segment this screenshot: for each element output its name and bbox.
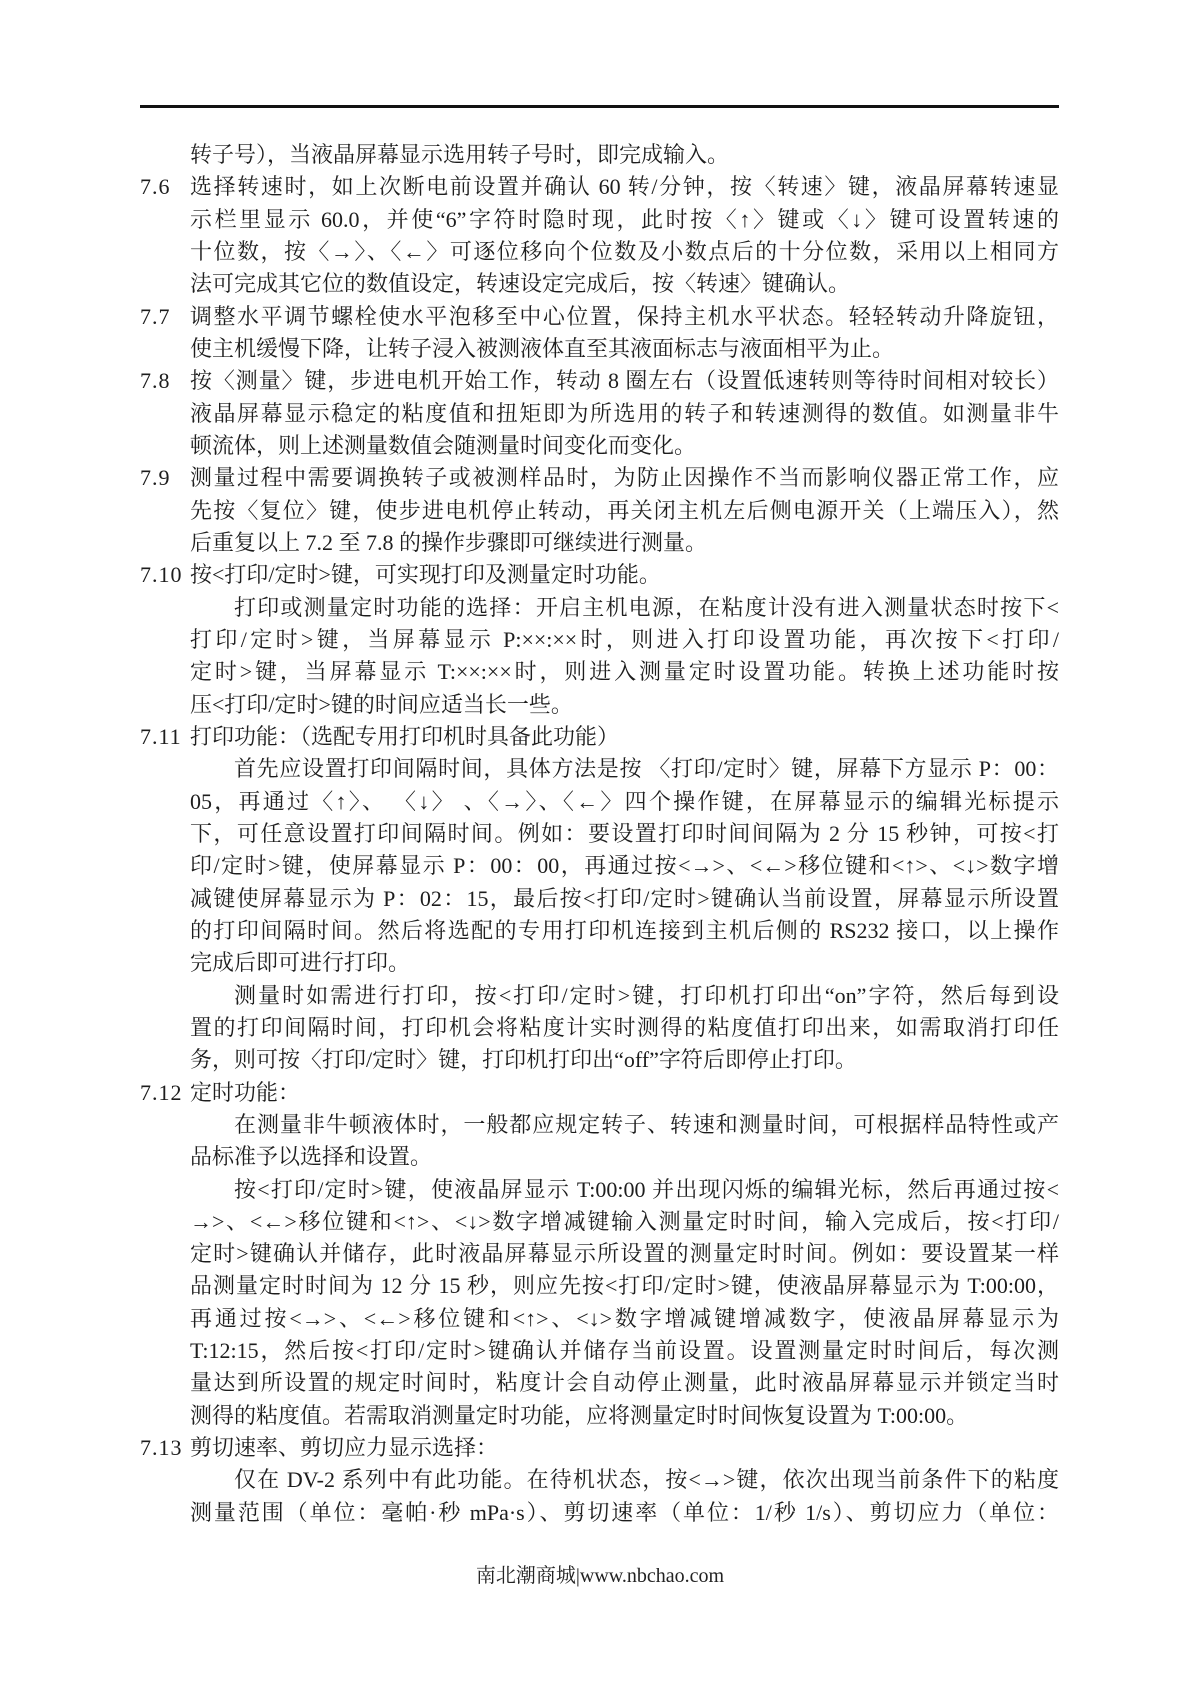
text-line: 打印/定时>键，当屏幕显示 P:××:××时，则进入打印设置功能，再次按下<打印… [140,624,1059,656]
line-text: 转子号），当液晶屏幕显示选用转子号时，即完成输入。 [190,139,1059,171]
section-number [140,1464,190,1496]
line-text: 打印功能：（选配专用打印机时具备此功能） [190,721,1059,753]
text-line: 测得的粘度值。若需取消测量定时功能，应将测量定时时间恢复设置为 T:00:00。 [140,1400,1059,1432]
section-number: 7.12 [140,1077,190,1109]
section-number [140,883,190,915]
text-line: 减键使屏幕显示为 P：02：15，最后按<打印/定时>键确认当前设置，屏幕显示所… [140,883,1059,915]
text-line: 7.10 按<打印/定时>键，可实现打印及测量定时功能。 [140,559,1059,591]
section-number [140,430,190,462]
text-line: 在测量非牛顿液体时，一般都应规定转子、转速和测量时间，可根据样品特性或产 [140,1109,1059,1141]
line-text: 完成后即可进行打印。 [190,947,1059,979]
text-line: 定时>键确认并储存，此时液晶屏幕显示所设置的测量定时时间。例如：要设置某一样 [140,1238,1059,1270]
section-number [140,980,190,1012]
section-number [140,1270,190,1302]
text-line: 7.8 按〈测量〉键，步进电机开始工作，转动 8 圈左右（设置低速转则等待时间相… [140,365,1059,397]
line-text: 十位数，按〈→〉、〈←〉可逐位移向个位数及小数点后的十分位数，采用以上相同方 [190,236,1059,268]
text-line: 首先应设置打印间隔时间，具体方法是按 〈打印/定时〉键，屏幕下方显示 P：00： [140,753,1059,785]
section-number [140,333,190,365]
line-text: 印/定时>键，使屏幕显示 P：00：00，再通过按<→>、<←>移位键和<↑>、… [190,850,1059,882]
text-line: 7.13 剪切速率、剪切应力显示选择： [140,1432,1059,1464]
text-line: 7.6 选择转速时，如上次断电前设置并确认 60 转/分钟，按〈转速〉键，液晶屏… [140,171,1059,203]
section-number [140,656,190,688]
section-number: 7.8 [140,365,190,397]
section-number [140,689,190,721]
text-line: 下，可任意设置打印间隔时间。例如：要设置打印时间间隔为 2 分 15 秒钟，可按… [140,818,1059,850]
section-number [140,850,190,882]
section-number [140,786,190,818]
line-text: 打印/定时>键，当屏幕显示 P:××:××时，则进入打印设置功能，再次按下<打印… [190,624,1059,656]
line-text: 测得的粘度值。若需取消测量定时功能，应将测量定时时间恢复设置为 T:00:00。 [190,1400,1059,1432]
text-line: 按<打印/定时>键，使液晶屏显示 T:00:00 并出现闪烁的编辑光标，然后再通… [140,1174,1059,1206]
section-number [140,1400,190,1432]
line-text: 品标准予以选择和设置。 [190,1141,1059,1173]
section-number: 7.13 [140,1432,190,1464]
text-line: 打印或测量定时功能的选择：开启主机电源，在粘度计没有进入测量状态时按下< [140,592,1059,624]
line-text: 仅在 DV-2 系列中有此功能。在待机状态，按<→>键，依次出现当前条件下的粘度 [190,1464,1059,1496]
section-number [140,268,190,300]
text-line: 测量范围（单位：毫帕·秒 mPa·s）、剪切速率（单位：1/秒 1/s）、剪切应… [140,1497,1059,1529]
text-line: 液晶屏幕显示稳定的粘度值和扭矩即为所选用的转子和转速测得的数值。如测量非牛 [140,398,1059,430]
text-line: →>、<←>移位键和<↑>、<↓>数字增减键输入测量定时时间，输入完成后，按<打… [140,1206,1059,1238]
section-number [140,1012,190,1044]
text-line: 的打印间隔时间。然后将选配的专用打印机连接到主机后侧的 RS232 接口，以上操… [140,915,1059,947]
footer-watermark: 南北潮商城|www.nbchao.com [0,1562,1200,1590]
manual-page: 转子号），当液晶屏幕显示选用转子号时，即完成输入。 7.6 选择转速时，如上次断… [0,0,1200,1697]
line-text: 置的打印间隔时间，打印机会将粘度计实时测得的粘度值打印出来，如需取消打印任 [190,1012,1059,1044]
header-divider [140,105,1059,108]
line-text: 按<打印/定时>键，可实现打印及测量定时功能。 [190,559,1059,591]
text-line: 完成后即可进行打印。 [140,947,1059,979]
line-text: 的打印间隔时间。然后将选配的专用打印机连接到主机后侧的 RS232 接口，以上操… [190,915,1059,947]
section-number [140,1044,190,1076]
line-text: 示栏里显示 60.0，并使“6”字符时隐时现，此时按〈↑〉键或〈↓〉键可设置转速… [190,204,1059,236]
text-line: 测量时如需进行打印，按<打印/定时>键，打印机打印出“on”字符，然后每到设 [140,980,1059,1012]
section-number [140,1367,190,1399]
section-number [140,753,190,785]
text-line: 使主机缓慢下降，让转子浸入被测液体直至其液面标志与液面相平为止。 [140,333,1059,365]
text-line: 7.7 调整水平调节螺栓使水平泡移至中心位置，保持主机水平状态。轻轻转动升降旋钮… [140,301,1059,333]
line-text: 后重复以上 7.2 至 7.8 的操作步骤即可继续进行测量。 [190,527,1059,559]
section-number [140,204,190,236]
text-line: 再通过按<→>、<←>移位键和<↑>、<↓>数字增减键增减数字，使液晶屏幕显示为 [140,1303,1059,1335]
section-number [140,592,190,624]
text-line: 后重复以上 7.2 至 7.8 的操作步骤即可继续进行测量。 [140,527,1059,559]
section-number [140,1335,190,1367]
line-text: 05，再通过〈↑〉、 〈↓〉 、〈→〉、〈←〉四个操作键，在屏幕显示的编辑光标提… [190,786,1059,818]
text-line: 压<打印/定时>键的时间应适当长一些。 [140,689,1059,721]
text-line: 务，则可按〈打印/定时〉键，打印机打印出“off”字符后即停止打印。 [140,1044,1059,1076]
line-text: 在测量非牛顿液体时，一般都应规定转子、转速和测量时间，可根据样品特性或产 [190,1109,1059,1141]
text-line: 7.12 定时功能： [140,1077,1059,1109]
line-text: 再通过按<→>、<←>移位键和<↑>、<↓>数字增减键增减数字，使液晶屏幕显示为 [190,1303,1059,1335]
line-text: 按<打印/定时>键，使液晶屏显示 T:00:00 并出现闪烁的编辑光标，然后再通… [190,1174,1059,1206]
section-number: 7.11 [140,721,190,753]
text-line: 印/定时>键，使屏幕显示 P：00：00，再通过按<→>、<←>移位键和<↑>、… [140,850,1059,882]
section-number: 7.7 [140,301,190,333]
line-text: 测量过程中需要调换转子或被测样品时，为防止因操作不当而影响仪器正常工作，应 [190,462,1059,494]
line-text: 下，可任意设置打印间隔时间。例如：要设置打印时间间隔为 2 分 15 秒钟，可按… [190,818,1059,850]
line-text: 量达到所设置的规定时间时，粘度计会自动停止测量，此时液晶屏幕显示并锁定当时 [190,1367,1059,1399]
section-number [140,1174,190,1206]
text-line: 转子号），当液晶屏幕显示选用转子号时，即完成输入。 [140,139,1059,171]
line-text: 测量范围（单位：毫帕·秒 mPa·s）、剪切速率（单位：1/秒 1/s）、剪切应… [190,1497,1059,1529]
line-text: 定时功能： [190,1077,1059,1109]
section-number [140,236,190,268]
text-line: 7.11 打印功能：（选配专用打印机时具备此功能） [140,721,1059,753]
line-text: 定时>键，当屏幕显示 T:××:××时，则进入测量定时设置功能。转换上述功能时按 [190,656,1059,688]
text-line: 法可完成其它位的数值设定，转速设定完成后，按〈转速〉键确认。 [140,268,1059,300]
text-line: 顿流体，则上述测量数值会随测量时间变化而变化。 [140,430,1059,462]
line-text: 法可完成其它位的数值设定，转速设定完成后，按〈转速〉键确认。 [190,268,1059,300]
section-number [140,947,190,979]
text-line: 品标准予以选择和设置。 [140,1141,1059,1173]
section-number [140,624,190,656]
section-number [140,398,190,430]
text-line: 定时>键，当屏幕显示 T:××:××时，则进入测量定时设置功能。转换上述功能时按 [140,656,1059,688]
text-line: T:12:15，然后按<打印/定时>键确认并储存当前设置。设置测量定时时间后，每… [140,1335,1059,1367]
section-number [140,1141,190,1173]
text-line: 仅在 DV-2 系列中有此功能。在待机状态，按<→>键，依次出现当前条件下的粘度 [140,1464,1059,1496]
section-number: 7.6 [140,171,190,203]
section-number: 7.10 [140,559,190,591]
section-number [140,915,190,947]
text-line: 7.9 测量过程中需要调换转子或被测样品时，为防止因操作不当而影响仪器正常工作，… [140,462,1059,494]
section-number: 7.9 [140,462,190,494]
line-text: 液晶屏幕显示稳定的粘度值和扭矩即为所选用的转子和转速测得的数值。如测量非牛 [190,398,1059,430]
text-line: 量达到所设置的规定时间时，粘度计会自动停止测量，此时液晶屏幕显示并锁定当时 [140,1367,1059,1399]
line-text: 打印或测量定时功能的选择：开启主机电源，在粘度计没有进入测量状态时按下< [190,592,1059,624]
section-number [140,1109,190,1141]
text-line: 置的打印间隔时间，打印机会将粘度计实时测得的粘度值打印出来，如需取消打印任 [140,1012,1059,1044]
line-text: 减键使屏幕显示为 P：02：15，最后按<打印/定时>键确认当前设置，屏幕显示所… [190,883,1059,915]
line-text: 定时>键确认并储存，此时液晶屏幕显示所设置的测量定时时间。例如：要设置某一样 [190,1238,1059,1270]
line-text: 压<打印/定时>键的时间应适当长一些。 [190,689,1059,721]
section-number [140,1238,190,1270]
section-number [140,1206,190,1238]
text-line: 05，再通过〈↑〉、 〈↓〉 、〈→〉、〈←〉四个操作键，在屏幕显示的编辑光标提… [140,786,1059,818]
line-text: 先按〈复位〉键，使步进电机停止转动，再关闭主机左后侧电源开关（上端压入），然 [190,495,1059,527]
line-text: 顿流体，则上述测量数值会随测量时间变化而变化。 [190,430,1059,462]
text-line: 先按〈复位〉键，使步进电机停止转动，再关闭主机左后侧电源开关（上端压入），然 [140,495,1059,527]
text-line: 品测量定时时间为 12 分 15 秒，则应先按<打印/定时>键，使液晶屏幕显示为… [140,1270,1059,1302]
line-text: 使主机缓慢下降，让转子浸入被测液体直至其液面标志与液面相平为止。 [190,333,1059,365]
line-text: T:12:15，然后按<打印/定时>键确认并储存当前设置。设置测量定时时间后，每… [190,1335,1059,1367]
section-number [140,139,190,171]
section-number [140,818,190,850]
text-line: 十位数，按〈→〉、〈←〉可逐位移向个位数及小数点后的十分位数，采用以上相同方 [140,236,1059,268]
document-body: 转子号），当液晶屏幕显示选用转子号时，即完成输入。 7.6 选择转速时，如上次断… [140,139,1059,1529]
line-text: →>、<←>移位键和<↑>、<↓>数字增减键输入测量定时时间，输入完成后，按<打… [190,1206,1059,1238]
section-number [140,1303,190,1335]
line-text: 品测量定时时间为 12 分 15 秒，则应先按<打印/定时>键，使液晶屏幕显示为… [190,1270,1059,1302]
line-text: 务，则可按〈打印/定时〉键，打印机打印出“off”字符后即停止打印。 [190,1044,1059,1076]
line-text: 按〈测量〉键，步进电机开始工作，转动 8 圈左右（设置低速转则等待时间相对较长） [190,365,1059,397]
line-text: 测量时如需进行打印，按<打印/定时>键，打印机打印出“on”字符，然后每到设 [190,980,1059,1012]
line-text: 首先应设置打印间隔时间，具体方法是按 〈打印/定时〉键，屏幕下方显示 P：00： [190,753,1059,785]
text-line: 示栏里显示 60.0，并使“6”字符时隐时现，此时按〈↑〉键或〈↓〉键可设置转速… [140,204,1059,236]
section-number [140,495,190,527]
section-number [140,527,190,559]
line-text: 选择转速时，如上次断电前设置并确认 60 转/分钟，按〈转速〉键，液晶屏幕转速显 [190,171,1059,203]
section-number [140,1497,190,1529]
line-text: 调整水平调节螺栓使水平泡移至中心位置，保持主机水平状态。轻轻转动升降旋钮， [190,301,1059,333]
line-text: 剪切速率、剪切应力显示选择： [190,1432,1059,1464]
